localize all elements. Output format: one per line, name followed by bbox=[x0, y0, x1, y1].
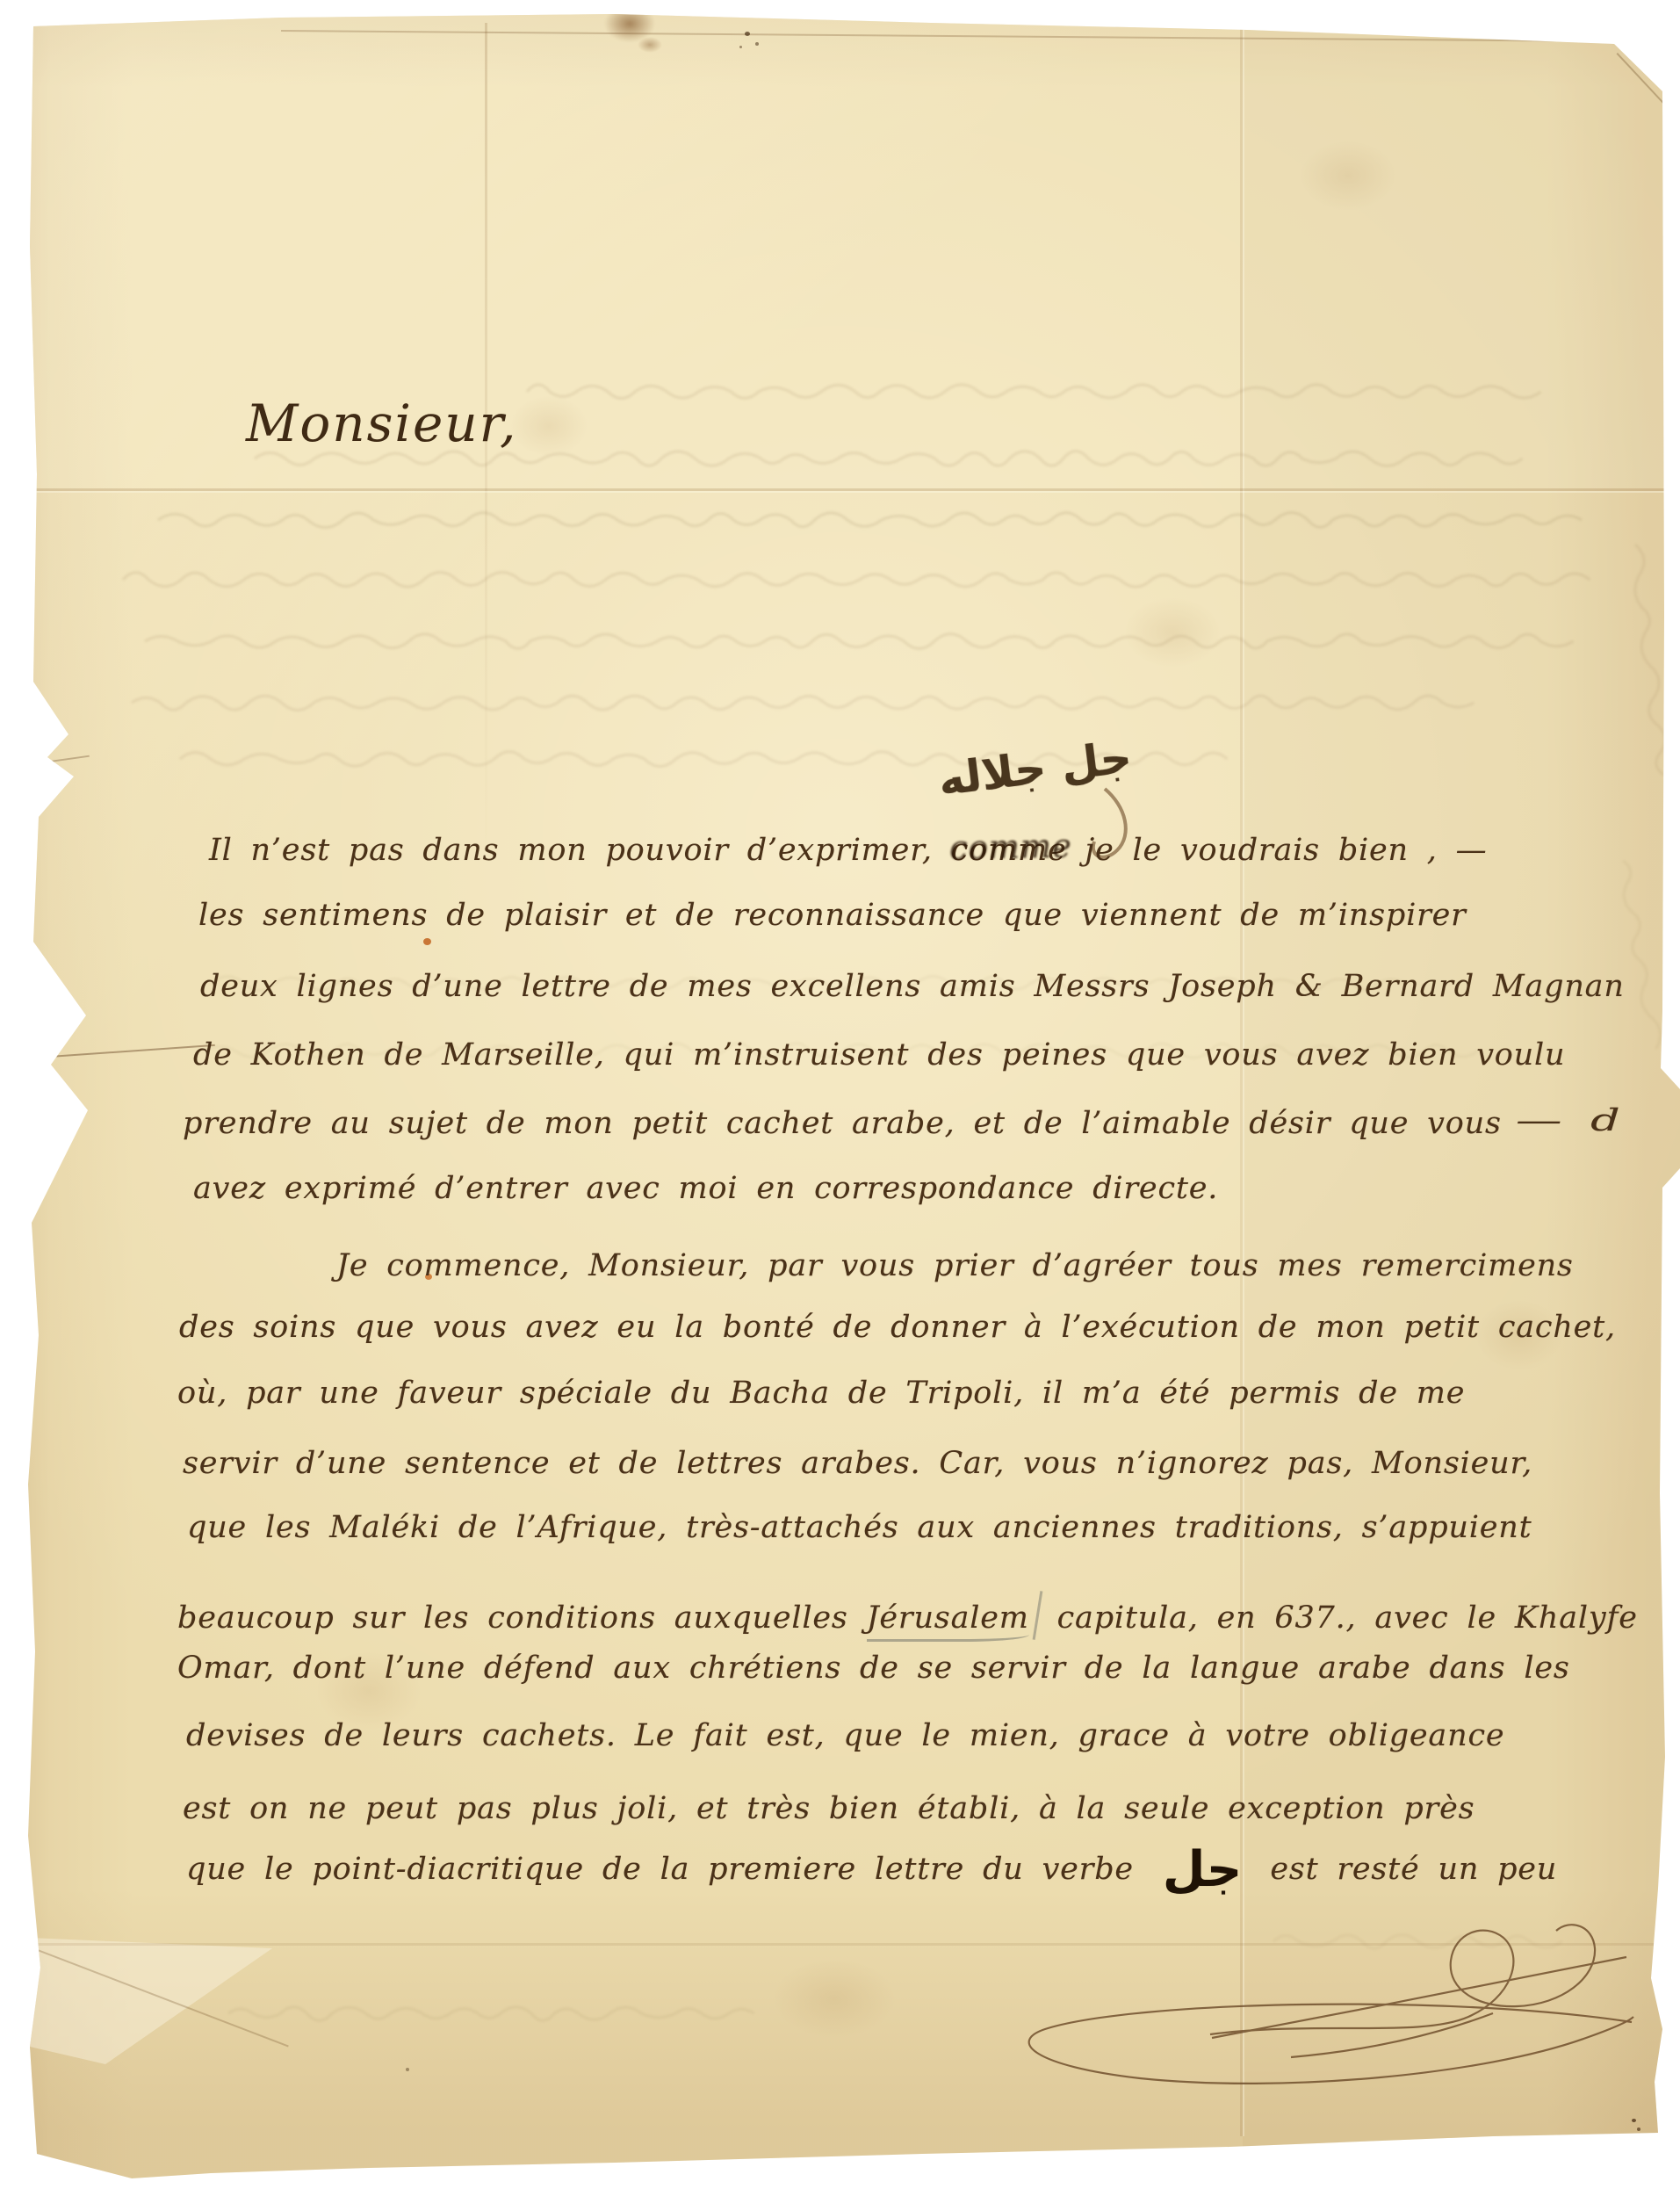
overwritten-word: commecomme bbox=[951, 833, 1067, 868]
bleedthrough-line bbox=[228, 2007, 754, 2021]
bleedthrough-line bbox=[132, 696, 1474, 710]
speck bbox=[745, 32, 750, 36]
line-1-post: je le voudrais bien , — bbox=[1067, 833, 1488, 868]
bleedthrough-line bbox=[255, 451, 1522, 466]
rust-spot bbox=[423, 938, 431, 945]
ink-dot bbox=[1637, 2127, 1640, 2131]
body-line-5: prendre au sujet de mon petit cachet ara… bbox=[183, 1106, 1502, 1141]
bleedthrough-line bbox=[123, 573, 1590, 588]
foxing-spot bbox=[1124, 597, 1221, 668]
body-line-3: deux lignes d’une lettre de mes excellen… bbox=[200, 969, 1625, 1004]
salutation: Monsieur, bbox=[246, 394, 517, 453]
bleedthrough-line bbox=[145, 634, 1573, 649]
body-line-7: Je commence, Monsieur, par vous prier d’… bbox=[336, 1248, 1574, 1283]
foxing-spot bbox=[773, 1959, 896, 2038]
body-line-11: que les Maléki de l’Afrique, très-attach… bbox=[187, 1510, 1532, 1545]
body-line-16: que le point-diacritique de la premiere … bbox=[186, 1852, 1557, 1887]
body-line-10: servir d’une sentence et de lettres arab… bbox=[183, 1446, 1532, 1481]
bottom-left-crease bbox=[25, 1945, 288, 2048]
scan-background: Monsieur, جل جلاله Il n’est pas dans mon… bbox=[0, 0, 1680, 2196]
body-line-6: avez exprimé d’entrer avec moi en corres… bbox=[193, 1171, 1218, 1206]
ink-stain-top-2 bbox=[638, 37, 662, 53]
body-line-2: les sentimens de plaisir et de reconnais… bbox=[198, 898, 1467, 933]
speck bbox=[755, 42, 759, 46]
line-16-post: est resté un peu bbox=[1252, 1852, 1557, 1887]
body-line-12: beaucoup sur les conditions auxquelles J… bbox=[177, 1591, 1638, 1640]
bleedthrough-line bbox=[1628, 544, 1669, 776]
cut-word-right-edge: — d bbox=[1516, 1103, 1621, 1138]
bleedthrough-line bbox=[158, 513, 1582, 528]
ink-dot bbox=[406, 2068, 409, 2071]
ink-dot bbox=[1632, 2119, 1636, 2122]
body-line-15: est on ne peut pas plus joli, et très bi… bbox=[183, 1791, 1475, 1826]
horizontal-crease-lower bbox=[30, 1943, 1655, 1946]
left-edge-small-crack bbox=[35, 755, 90, 765]
foxing-spot bbox=[1300, 141, 1396, 211]
bleedthrough-line bbox=[1273, 1935, 1562, 1949]
horizontal-crease-upper bbox=[30, 488, 1672, 491]
ink-overwrite-smudge: comme bbox=[948, 828, 1071, 868]
line-1-pre: Il n’est pas dans mon pouvoir d’exprimer… bbox=[209, 833, 951, 868]
speck bbox=[739, 46, 742, 48]
top-edge-crease bbox=[281, 30, 1616, 42]
letter-paper: Monsieur, جل جلاله Il n’est pas dans mon… bbox=[0, 0, 1680, 2196]
body-line-8: des soins que vous avez eu la bonté de d… bbox=[179, 1310, 1616, 1345]
arabic-annotation: جل جلاله bbox=[935, 732, 1135, 806]
body-line-4: de Kothen de Marseille, qui m’instruisen… bbox=[193, 1037, 1565, 1073]
ink-stain-top bbox=[604, 5, 655, 42]
body-line-9: où, par une faveur spéciale du Bacha de … bbox=[177, 1376, 1465, 1411]
line-12-post: capitula, en 637., avec le Khalyfe bbox=[1039, 1600, 1638, 1636]
body-line-14: devises de leurs cachets. Le fait est, q… bbox=[186, 1718, 1504, 1753]
body-line-1: Il n’est pas dans mon pouvoir d’exprimer… bbox=[209, 833, 1487, 868]
ink-dot bbox=[1640, 2136, 1644, 2139]
line-12-pre: beaucoup sur les conditions auxquelles bbox=[177, 1600, 867, 1636]
arabic-word-jalla: جل bbox=[1163, 1841, 1242, 1898]
line-16-pre: que le point-diacritique de la premiere … bbox=[186, 1852, 1152, 1887]
bleedthrough-line bbox=[527, 385, 1541, 399]
jerusalem-pencil-underlined: Jérusalem bbox=[867, 1600, 1029, 1642]
body-line-13: Omar, dont l’une défend aux chrétiens de… bbox=[177, 1651, 1570, 1686]
top-right-corner-crease bbox=[1617, 53, 1672, 112]
left-edge-tear-crack bbox=[35, 1044, 215, 1058]
bleedthrough-line bbox=[1617, 860, 1662, 1050]
foxing-spot bbox=[509, 395, 588, 457]
